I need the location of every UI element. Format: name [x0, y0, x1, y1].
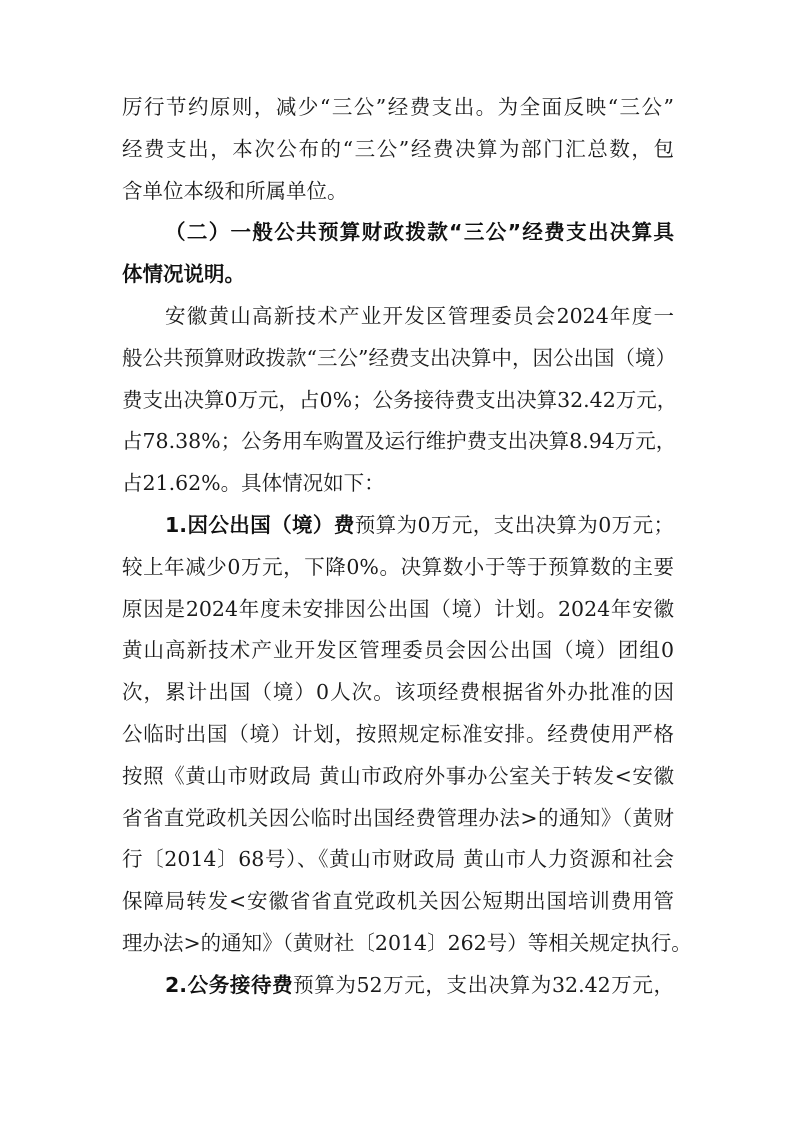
item-first-line: 1.因公出国（境）费预算为0万元，支出决算为0万元； [122, 505, 674, 547]
body-line: 较上年减少0万元，下降0%。决算数小于等于预算数的主要 [122, 547, 674, 589]
body-line: 安徽黄山高新技术产业开发区管理委员会2024年度一 [122, 296, 674, 338]
document-page: 厉行节约原则，减少“三公”经费支出。为全面反映“三公” 经费支出，本次公布的“三… [0, 0, 793, 1122]
body-line: 占21.62%。具体情况如下： [122, 463, 674, 505]
body-line: 经费支出，本次公布的“三公”经费决算为部门汇总数，包 [122, 129, 674, 171]
item-first-line: 2.公务接待费预算为52万元，支出决算为32.42万元， [122, 965, 674, 1007]
body-line: 次，累计出国（境）0人次。该项经费根据省外办批准的因 [122, 672, 674, 714]
body-line: 按照《黄山市财政局 黄山市政府外事办公室关于转发<安徽 [122, 756, 674, 798]
item-text: 预算为0万元，支出决算为0万元； [355, 513, 674, 537]
body-line: 费支出决算0万元，占0%；公务接待费支出决算32.42万元， [122, 380, 674, 422]
section-heading-line: 体情况说明。 [122, 254, 674, 296]
body-line: 公临时出国（境）计划，按照规定标准安排。经费使用严格 [122, 714, 674, 756]
body-line: 保障局转发<安徽省省直党政机关因公短期出国培训费用管 [122, 881, 674, 923]
body-line: 占78.38%；公务用车购置及运行维护费支出决算8.94万元， [122, 421, 674, 463]
body-line: 含单位本级和所属单位。 [122, 171, 674, 213]
item-lead-label: 1.因公出国（境）费 [165, 513, 355, 537]
item-lead-label: 2.公务接待费 [165, 973, 293, 997]
body-line: 原因是2024年度未安排因公出国（境）计划。2024年安徽 [122, 589, 674, 631]
body-line: 理办法>的通知》（黄财社〔2014〕262号）等相关规定执行。 [122, 923, 674, 965]
body-line: 省省直党政机关因公临时出国经费管理办法>的通知》（黄财 [122, 798, 674, 840]
body-line: 般公共预算财政拨款“三公”经费支出决算中，因公出国（境） [122, 338, 674, 380]
item-text: 预算为52万元，支出决算为32.42万元， [293, 973, 674, 997]
body-line: 厉行节约原则，减少“三公”经费支出。为全面反映“三公” [122, 87, 674, 129]
document-body: 厉行节约原则，减少“三公”经费支出。为全面反映“三公” 经费支出，本次公布的“三… [122, 87, 674, 1007]
body-line: 行〔2014〕68号）、《黄山市财政局 黄山市人力资源和社会 [122, 839, 674, 881]
section-heading-line: （二）一般公共预算财政拨款“三公”经费支出决算具 [122, 212, 674, 254]
body-line: 黄山高新技术产业开发区管理委员会因公出国（境）团组0 [122, 630, 674, 672]
